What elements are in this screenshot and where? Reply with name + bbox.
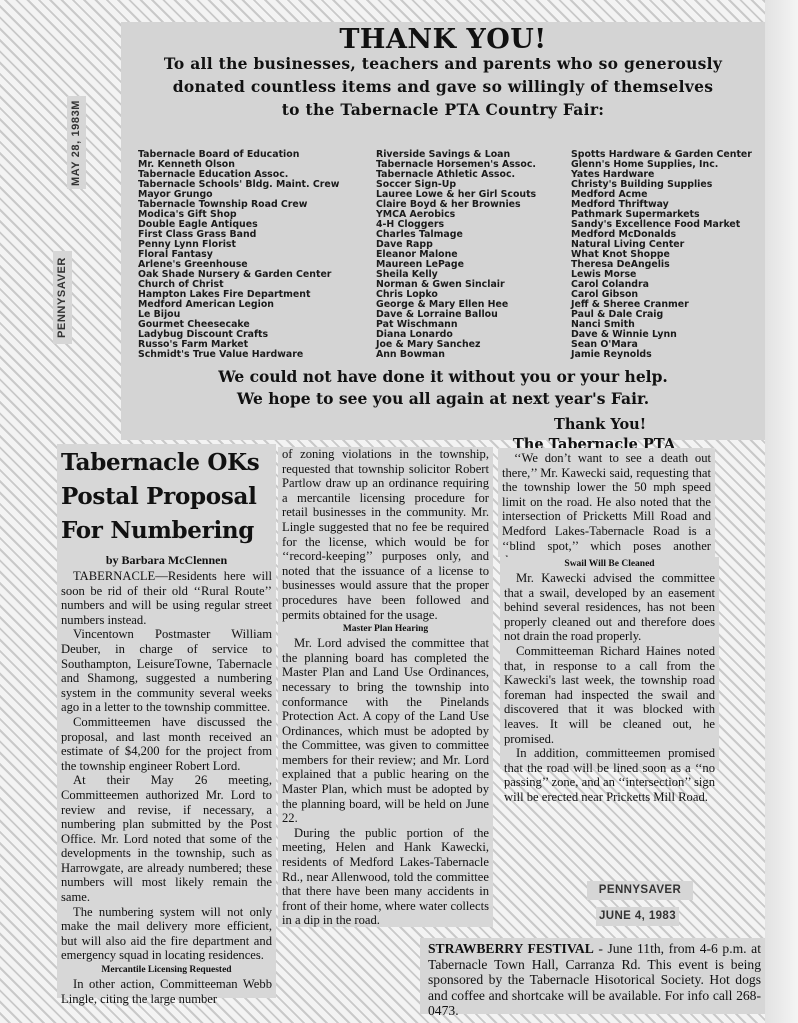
- intro-line: donated countless items and gave so will…: [121, 75, 765, 98]
- article-paragraph: At their May 26 meeting, Committeemen au…: [61, 773, 272, 904]
- thank-you-title: THANK YOU!: [121, 24, 765, 55]
- signature-line: Thank You!: [513, 415, 675, 435]
- article-paragraph: The numbering system will not only make …: [61, 905, 272, 963]
- closing-line: We hope to see you all again at next yea…: [121, 388, 765, 410]
- article-column-2: of zoning violations in the township, re…: [278, 447, 493, 927]
- article-column-1: Tabernacle OKs Postal Proposal For Numbe…: [57, 444, 276, 998]
- article-paragraph: TABERNACLE—Residents here will soon be r…: [61, 569, 272, 627]
- article-column-3-bottom: Swail Will Be Cleaned Mr. Kawecki advise…: [500, 557, 719, 769]
- intro-line: To all the businesses, teachers and pare…: [121, 52, 765, 75]
- source-label-pennysaver-top: PENNYSAVER: [53, 251, 72, 344]
- article-paragraph: Mr. Kawecki advised the committee that a…: [504, 571, 715, 644]
- date-label-june-4: JUNE 4, 1983: [596, 907, 679, 926]
- donor-name: Jamie Reynolds: [571, 350, 752, 360]
- article-paragraph: In other action, Committeeman Webb Lingl…: [61, 977, 272, 1006]
- date-label-may-28: MAY 28, 1983M: [67, 96, 86, 189]
- donor-name: Ann Bowman: [376, 350, 536, 360]
- donor-list-column-3: Spotts Hardware & Garden CenterGlenn's H…: [571, 150, 752, 360]
- closing-line: We could not have done it without you or…: [121, 366, 765, 388]
- article-paragraph: of zoning violations in the township, re…: [282, 447, 489, 622]
- article-paragraph: During the public portion of the meeting…: [282, 826, 489, 928]
- article-paragraph: In addition, committeemen promised that …: [504, 746, 715, 804]
- article-headline: Tabernacle OKs Postal Proposal For Numbe…: [61, 446, 272, 548]
- article-paragraph: Vincentown Postmaster William Deuber, in…: [61, 627, 272, 715]
- thank-you-closing: We could not have done it without you or…: [121, 366, 765, 410]
- page-edge: [765, 0, 798, 1023]
- article-byline: by Barbara McClennen: [61, 552, 272, 568]
- article-paragraph: Committeeman Richard Haines noted that, …: [504, 644, 715, 746]
- source-label-pennysaver-bottom: PENNYSAVER: [587, 881, 693, 900]
- subhead-mercantile: Mercantile Licensing Requested: [61, 963, 272, 977]
- article-column-3-top: ‘‘We don’t want to see a death out there…: [498, 448, 715, 557]
- subhead-master-plan: Master Plan Hearing: [282, 622, 489, 636]
- donor-name: Schmidt's True Value Hardware: [138, 350, 339, 360]
- article-paragraph: Mr. Lord advised the committee that the …: [282, 636, 489, 826]
- thank-you-intro: To all the businesses, teachers and pare…: [121, 52, 765, 121]
- intro-line: to the Tabernacle PTA Country Fair:: [121, 98, 765, 121]
- notice-lead: STRAWBERRY FESTIVAL: [428, 941, 594, 956]
- donor-list-column-2: Riverside Savings & LoanTabernacle Horse…: [376, 150, 536, 360]
- thank-you-clipping: THANK YOU! To all the businesses, teache…: [121, 22, 765, 440]
- strawberry-festival-notice: STRAWBERRY FESTIVAL - June 11th, from 4-…: [420, 938, 765, 1014]
- donor-list-column-1: Tabernacle Board of EducationMr. Kenneth…: [138, 150, 339, 360]
- subhead-swail: Swail Will Be Cleaned: [504, 557, 715, 571]
- article-paragraph: Committeemen have discussed the proposal…: [61, 715, 272, 773]
- article-paragraph: ‘‘We don’t want to see a death out there…: [502, 451, 711, 568]
